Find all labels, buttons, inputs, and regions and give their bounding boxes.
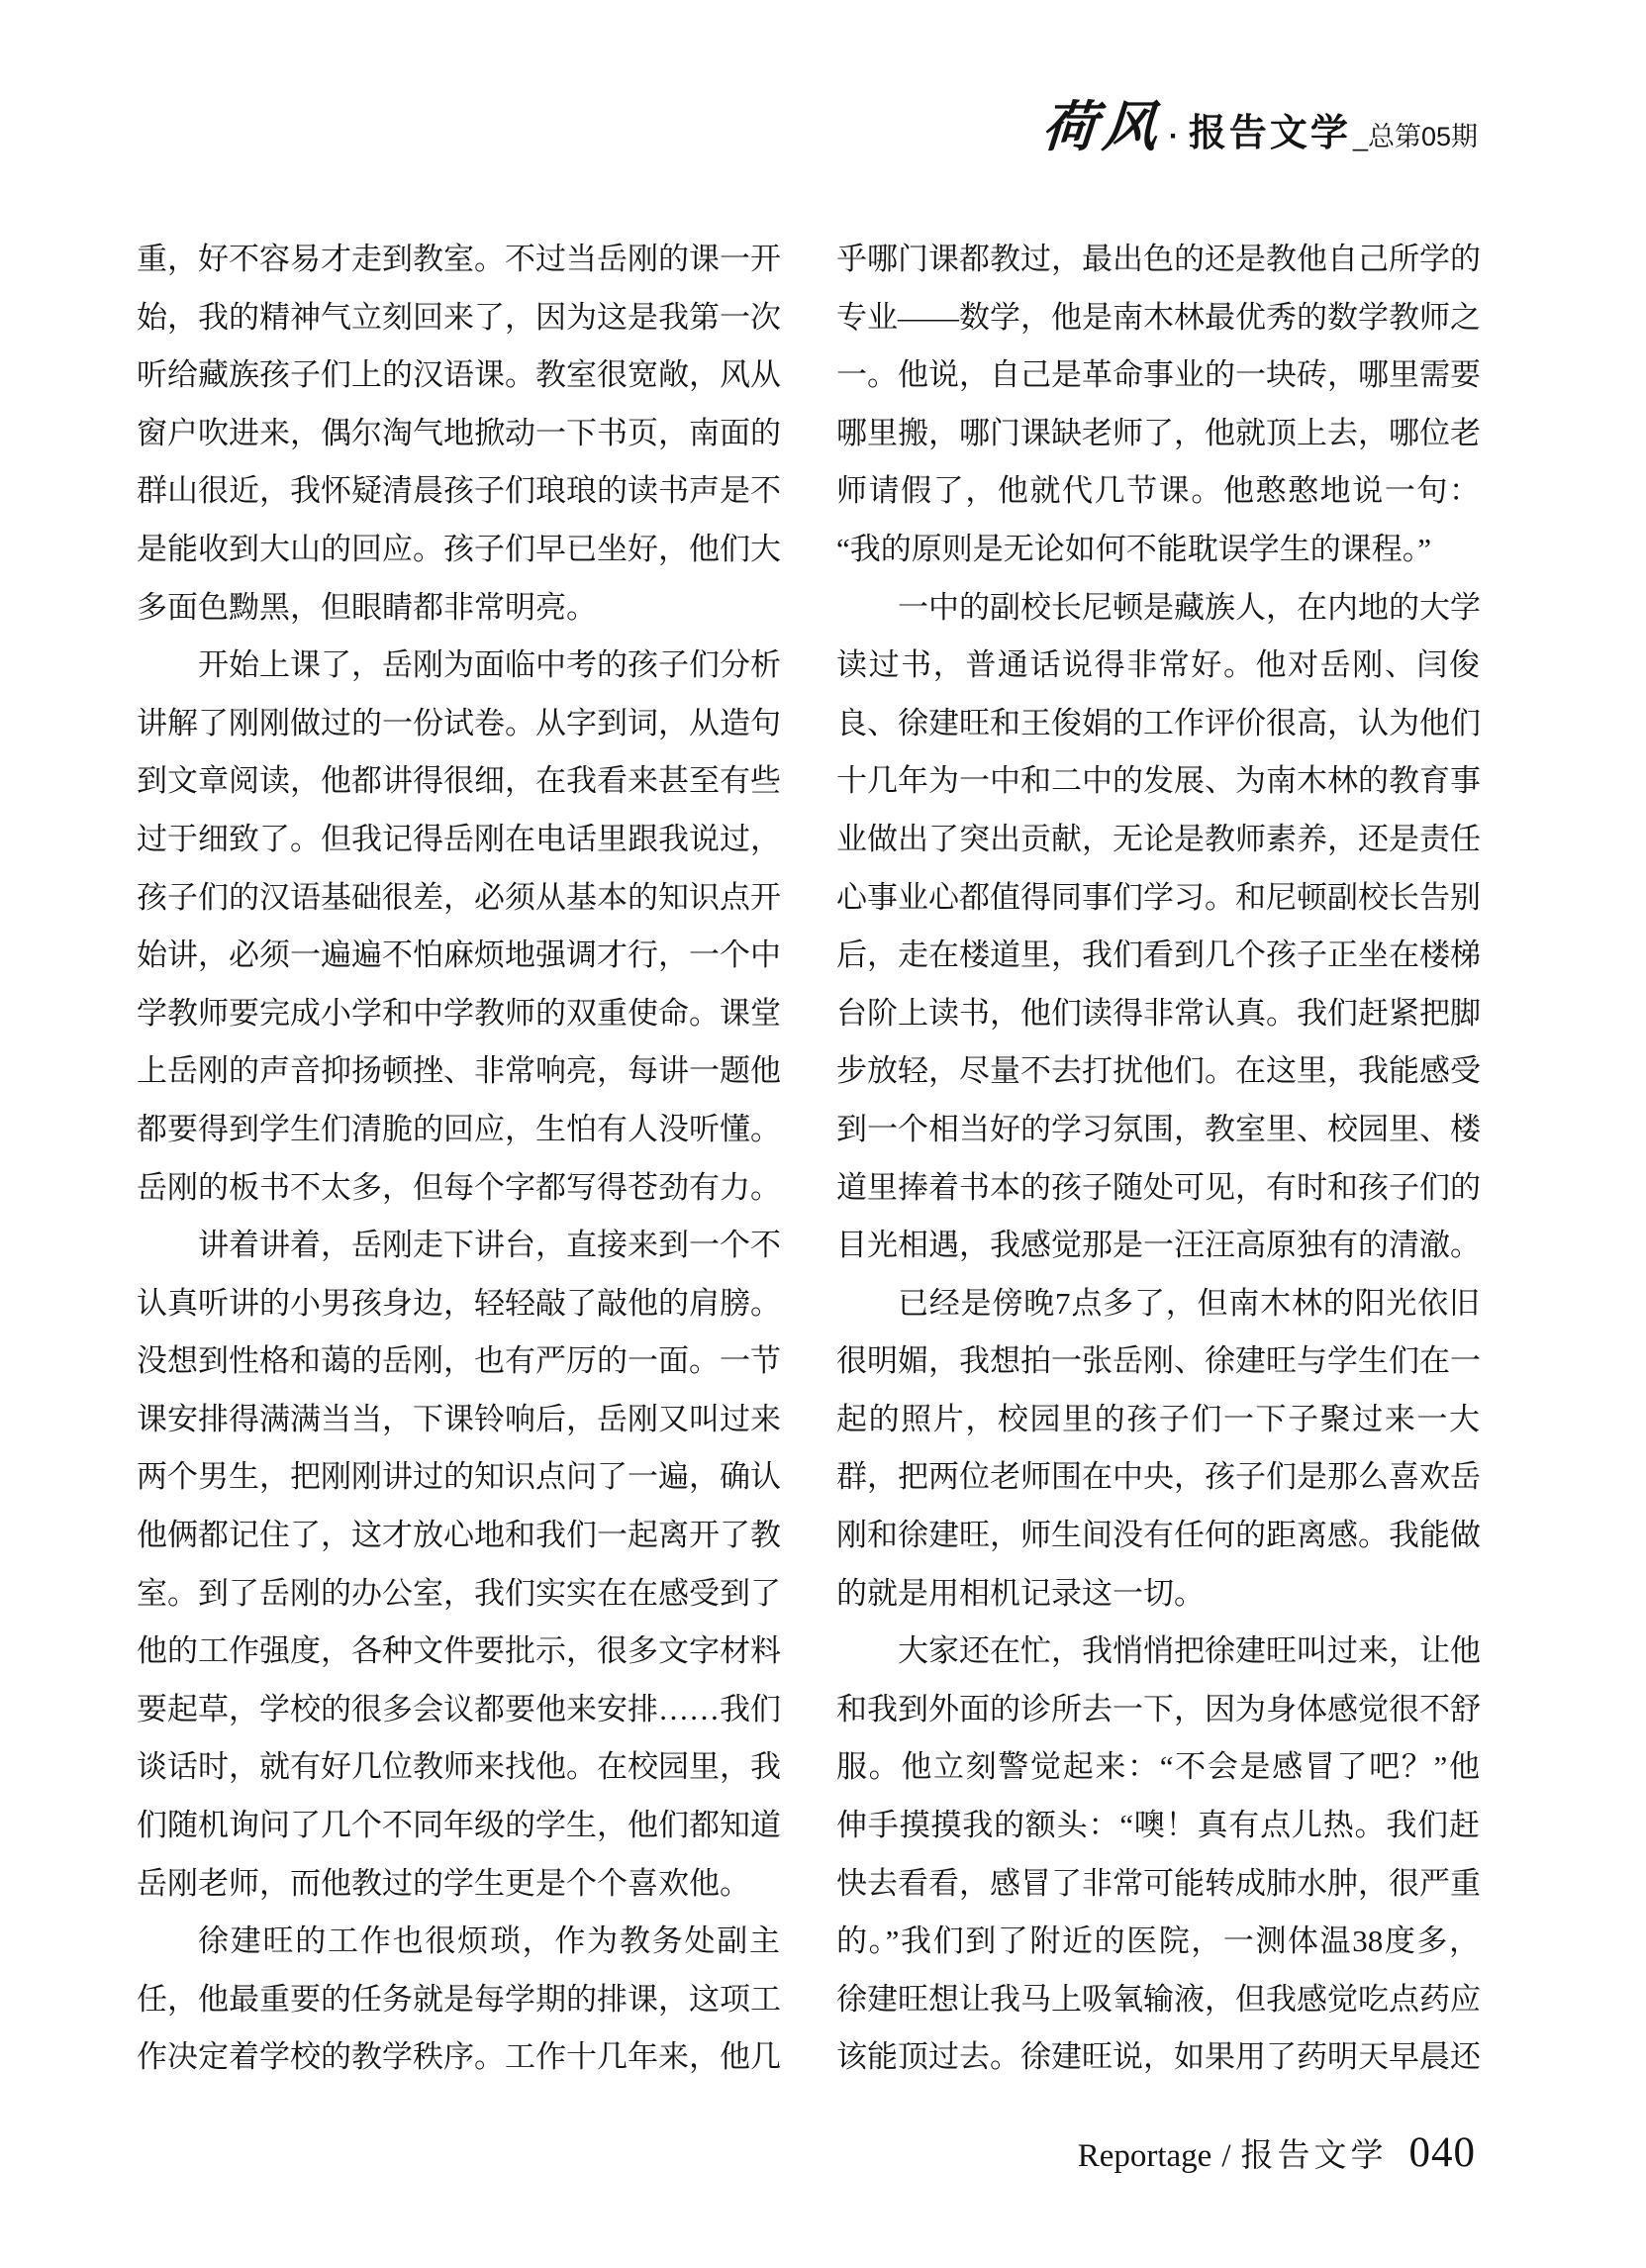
text-line: 岳刚的板书不太多，但每个字都写得苍劲有力。 [137,1159,780,1218]
text-column-left: 重，好不容易才走到教室。不过当岳刚的课一开始，我的精神气立刻回来了，因为这是我第… [137,231,780,2087]
text-line: 步放轻，尽量不去打扰他们。在这里，我能感受 [836,1042,1480,1101]
text-line: 已经是傍晚7点多了，但南木林的阳光依旧 [836,1275,1480,1333]
text-line: 重，好不容易才走到教室。不过当岳刚的课一开 [137,231,780,289]
text-line: 两个男生，把刚刚讲过的知识点问了一遍，确认 [137,1448,780,1507]
text-line: 师请假了，他就代几节课。他憨憨地说一句： [836,462,1480,521]
page-footer: Reportage / 报告文学 040 [1078,2128,1476,2177]
text-line: 徐建旺想让我马上吸氧输液，但我感觉吃点药应 [836,1971,1480,2029]
text-line: 伸手摸摸我的额头：“噢！真有点儿热。我们赶 [836,1797,1480,1855]
text-line: 谈话时，就有好几位教师来找他。在校园里，我 [137,1738,780,1797]
text-line: 读过书，普通话说得非常好。他对岳刚、闫俊 [836,637,1480,695]
text-line: 专业——数学，他是南木林最优秀的数学教师之 [836,289,1480,347]
text-line: 和我到外面的诊所去一下，因为身体感觉很不舒 [836,1681,1480,1739]
text-line: 他俩都记住了，这才放心地和我们一起离开了教 [137,1507,780,1565]
text-line: 听给藏族孩子们上的汉语课。教室很宽敞，风从 [137,346,780,405]
text-line: 没想到性格和蔼的岳刚，也有严厉的一面。一节 [137,1332,780,1391]
text-line: 始，我的精神气立刻回来了，因为这是我第一次 [137,289,780,347]
text-line: 孩子们的汉语基础很差，必须从基本的知识点开 [137,869,780,928]
text-line: 业做出了突出贡献，无论是教师素养，还是责任 [836,811,1480,869]
text-line: 上岳刚的声音抑扬顿挫、非常响亮，每讲一题他 [137,1042,780,1101]
text-line: 的就是用相机记录这一切。 [836,1565,1480,1624]
brand-separator-dot: · [1169,120,1179,153]
text-line: 过于细致了。但我记得岳刚在电话里跟我说过， [137,811,780,869]
journal-name-zh: 报告文学 [1241,2129,1388,2176]
issue-number: _总第05期 [1353,124,1478,150]
text-line: 作决定着学校的教学秩序。工作十几年来，他几 [137,2028,780,2087]
text-line: 徐建旺的工作也很烦琐，作为教务处副主 [137,1913,780,1971]
text-line: 十几年为一中和二中的发展、为南木林的教育事 [836,752,1480,811]
page-header: 荷风 · 报告文学 _总第05期 [1042,99,1478,153]
text-column-right: 乎哪门课都教过，最出色的还是教他自己所学的专业——数学，他是南木林最优秀的数学教… [836,231,1480,2087]
text-line: 要起草，学校的很多会议都要他来安排……我们 [137,1681,780,1739]
text-line: 群山很近，我怀疑清晨孩子们琅琅的读书声是不 [137,462,780,521]
text-line: 大家还在忙，我悄悄把徐建旺叫过来，让他 [836,1623,1480,1681]
text-line: 群，把两位老师围在中央，孩子们是那么喜欢岳 [836,1448,1480,1507]
text-line: 良、徐建旺和王俊娟的工作评价很高，认为他们 [836,695,1480,753]
text-line: 快去看看，感冒了非常可能转成肺水肿，很严重 [836,1855,1480,1914]
text-line: 认真听讲的小男孩身边，轻轻敲了敲他的肩膀。 [137,1275,780,1333]
text-line: 课安排得满满当当，下课铃响后，岳刚又叫过来 [137,1391,780,1449]
text-line: 开始上课了，岳刚为面临中考的孩子们分析 [137,637,780,695]
text-line: 到文章阅读，他都讲得很细，在我看来甚至有些 [137,752,780,811]
text-line: 哪里搬，哪门课缺老师了，他就顶上去，哪位老 [836,405,1480,463]
text-line: 任，他最重要的任务就是每学期的排课，这项工 [137,1971,780,2029]
text-line: 心事业心都值得同事们学习。和尼顿副校长告别 [836,869,1480,928]
text-line: 后，走在楼道里，我们看到几个孩子正坐在楼梯 [836,927,1480,985]
footer-slash: / [1221,2138,1230,2175]
text-line: 起的照片，校园里的孩子们一下子聚过来一大 [836,1391,1480,1449]
text-line: 目光相遇，我感觉那是一汪汪高原独有的清澈。 [836,1217,1480,1275]
text-line: 学教师要完成小学和中学教师的双重使命。课堂 [137,985,780,1043]
text-line: 岳刚老师，而他教过的学生更是个个喜欢他。 [137,1855,780,1914]
text-line: 他的工作强度，各种文件要批示，很多文字材料 [137,1623,780,1681]
text-line: 服。他立刻警觉起来：“不会是感冒了吧？”他 [836,1738,1480,1797]
text-line: “我的原则是无论如何不能耽误学生的课程。” [836,521,1480,579]
text-line: 一中的副校长尼顿是藏族人，在内地的大学 [836,579,1480,638]
text-line: 讲着讲着，岳刚走下讲台，直接来到一个不 [137,1217,780,1275]
text-line: 道里捧着书本的孩子随处可见，有时和孩子们的 [836,1159,1480,1218]
text-line: 窗户吹进来，偶尔淘气地掀动一下书页，南面的 [137,405,780,463]
text-line: 到一个相当好的学习氛围，教室里、校园里、楼 [836,1101,1480,1159]
text-line: 一。他说，自己是革命事业的一块砖，哪里需要 [836,346,1480,405]
text-line: 乎哪门课都教过，最出色的还是教他自己所学的 [836,231,1480,289]
brand-title: 报告文学 [1189,115,1351,152]
magazine-page: { "header": { "brand_script": "荷风", "sep… [0,0,1646,2268]
text-line: 都要得到学生们清脆的回应，生怕有人没听懂。 [137,1101,780,1159]
text-line: 该能顶过去。徐建旺说，如果用了药明天早晨还 [836,2028,1480,2087]
text-line: 始讲，必须一遍遍不怕麻烦地强调才行，一个中 [137,927,780,985]
text-line: 的。”我们到了附近的医院，一测体温38度多， [836,1913,1480,1971]
text-line: 多面色黝黑，但眼睛都非常明亮。 [137,579,780,638]
journal-name-en: Reportage [1078,2138,1212,2175]
text-line: 们随机询问了几个不同年级的学生，他们都知道 [137,1797,780,1855]
text-line: 讲解了刚刚做过的一份试卷。从字到词，从造句 [137,695,780,753]
text-line: 刚和徐建旺，师生间没有任何的距离感。我能做 [836,1507,1480,1565]
brand-logo-script: 荷风 [1040,99,1165,153]
text-line: 室。到了岳刚的办公室，我们实实在在感受到了 [137,1565,780,1624]
text-line: 台阶上读书，他们读得非常认真。我们赶紧把脚 [836,985,1480,1043]
text-line: 是能收到大山的回应。孩子们早已坐好，他们大 [137,521,780,579]
page-number: 040 [1409,2128,1477,2177]
text-line: 很明媚，我想拍一张岳刚、徐建旺与学生们在一 [836,1332,1480,1391]
